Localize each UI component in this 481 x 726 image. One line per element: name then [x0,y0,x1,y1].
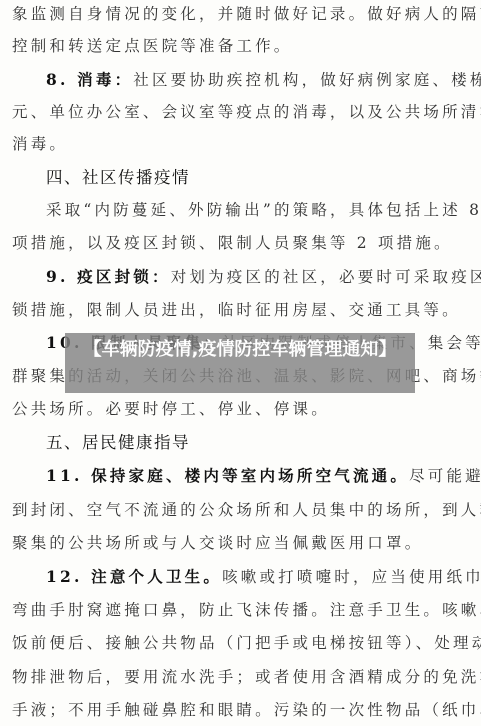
item-11: 11. 保持家庭、楼内等室内场所空气流通。尽可能避免 [46,466,481,486]
section-heading-5: 五、居民健康指导 [46,433,481,453]
text-line: 弯曲手肘窝遮掩口鼻，防止飞沫传播。注意手卫生。咳嗽、 [12,600,472,620]
section-heading-4: 四、社区传播疫情 [46,168,481,188]
item-8: 8. 消毒：社区要协助疾控机构，做好病例家庭、楼栋单 [46,70,481,90]
text-line: 锁措施，限制人员进出，临时征用房屋、交通工具等。 [12,300,472,320]
item-12: 12. 注意个人卫生。咳嗽或打喷嚏时，应当使用纸巾、 [46,567,481,587]
text-line: 控制和转送定点医院等准备工作。 [12,36,472,56]
item-9-label: 9. 疫区封锁： [46,267,171,286]
text-line: 采取“内防蔓延、外防输出”的策略，具体包括上述 8 [46,200,481,220]
text-line: 物排泄物后，要用流水洗手；或者使用含酒精成分的免洗洗 [12,667,472,687]
item-11-label: 11. 保持家庭、楼内等室内场所空气流通。 [46,466,409,485]
text-line: 到封闭、空气不流通的公众场所和人员集中的场所，到人群 [12,500,472,520]
item-8-label: 8. 消毒： [46,70,133,89]
text-line: 元、单位办公室、会议室等疫点的消毒，以及公共场所清洁 [12,102,472,122]
text-line: 聚集的公共场所或与人交谈时应当佩戴医用口罩。 [12,533,472,553]
text-line: 饭前便后、接触公共物品（门把手或电梯按钮等）、处理动 [12,633,472,653]
item-8-text: 社区要协助疾控机构，做好病例家庭、楼栋单 [133,71,481,89]
text-line: 项措施，以及疫区封锁、限制人员聚集等 2 项措施。 [12,233,472,253]
item-12-label: 12. 注意个人卫生。 [46,567,222,586]
item-11-text: 尽可能避免 [409,467,481,485]
text-line: 公共场所。必要时停工、停业、停课。 [12,399,472,419]
text-line: 手液；不用手触碰鼻腔和眼睛。污染的一次性物品（纸巾、 [12,700,472,720]
item-9: 9. 疫区封锁：对划为疫区的社区，必要时可采取疫区封 [46,267,481,287]
item-9-text: 对划为疫区的社区，必要时可采取疫区封 [171,268,481,286]
text-line: 消毒。 [12,134,472,154]
text-line: 象监测自身情况的变化，并随时做好记录。做好病人的隔离 [12,4,472,24]
overlay-title: 【车辆防疫情,疫情防控车辆管理通知】 [65,333,415,364]
item-12-text: 咳嗽或打喷嚏时，应当使用纸巾、 [222,568,481,586]
